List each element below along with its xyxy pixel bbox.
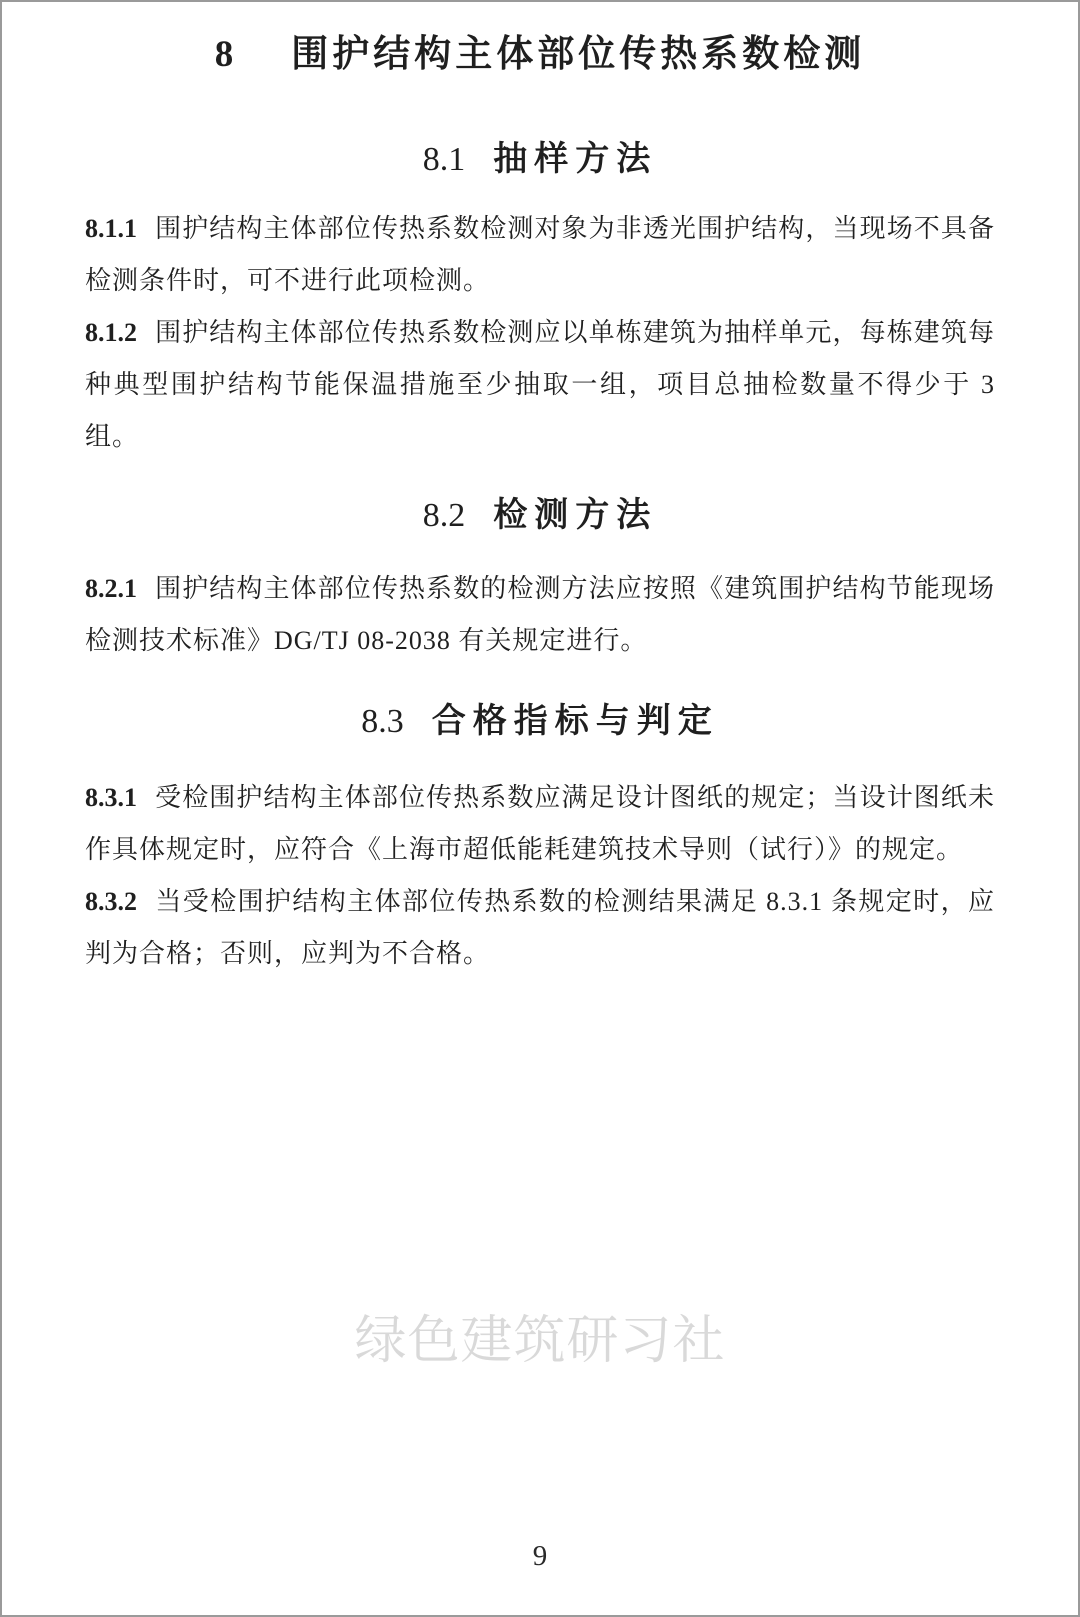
section-heading-8-1: 8.1抽样方法 [85,139,995,180]
document-content: 8围护结构主体部位传热系数检测 8.1抽样方法 8.1.1围护结构主体部位传热系… [2,32,1078,980]
clause-text: 当受检围护结构主体部位传热系数的检测结果满足 8.3.1 条规定时，应判为合格；… [85,887,995,968]
section-body-8-1: 8.1.1围护结构主体部位传热系数检测对象为非透光围护结构，当现场不具备检测条件… [85,203,995,463]
clause-8-3-2: 8.3.2当受检围护结构主体部位传热系数的检测结果满足 8.3.1 条规定时，应… [85,876,995,980]
watermark: 绿色建筑研习社 [2,1298,1078,1373]
section-heading-8-3: 8.3合格指标与判定 [85,701,995,742]
chapter-number: 8 [215,34,234,75]
clause-8-2-1: 8.2.1围护结构主体部位传热系数的检测方法应按照《建筑围护结构节能现场检测技术… [85,563,995,667]
clause-number: 8.3.2 [85,887,137,916]
chapter-title-text: 围护结构主体部位传热系数检测 [291,33,865,74]
section-title: 检测方法 [493,496,657,534]
section-body-8-2: 8.2.1围护结构主体部位传热系数的检测方法应按照《建筑围护结构节能现场检测技术… [85,563,995,667]
chapter-title: 8围护结构主体部位传热系数检测 [85,32,995,77]
clause-8-3-1: 8.3.1受检围护结构主体部位传热系数应满足设计图纸的规定；当设计图纸未作具体规… [85,772,995,876]
section-title: 抽样方法 [493,140,657,178]
clause-8-1-2: 8.1.2围护结构主体部位传热系数检测应以单栋建筑为抽样单元，每栋建筑每种典型围… [85,307,995,463]
clause-text: 围护结构主体部位传热系数的检测方法应按照《建筑围护结构节能现场检测技术标准》DG… [85,574,995,655]
section-heading-8-2: 8.2检测方法 [85,495,995,536]
document-page: 8围护结构主体部位传热系数检测 8.1抽样方法 8.1.1围护结构主体部位传热系… [0,0,1080,1617]
section-title: 合格指标与判定 [432,702,719,740]
clause-number: 8.2.1 [85,574,137,603]
clause-number: 8.1.2 [85,318,137,347]
clause-number: 8.1.1 [85,214,137,243]
section-number: 8.2 [423,497,466,534]
page-number: 9 [2,1540,1078,1573]
section-number: 8.1 [423,141,466,178]
clause-text: 围护结构主体部位传热系数检测应以单栋建筑为抽样单元，每栋建筑每种典型围护结构节能… [85,318,995,451]
clause-8-1-1: 8.1.1围护结构主体部位传热系数检测对象为非透光围护结构，当现场不具备检测条件… [85,203,995,307]
section-number: 8.3 [361,703,404,740]
clause-text: 受检围护结构主体部位传热系数应满足设计图纸的规定；当设计图纸未作具体规定时，应符… [85,783,995,864]
section-body-8-3: 8.3.1受检围护结构主体部位传热系数应满足设计图纸的规定；当设计图纸未作具体规… [85,772,995,980]
clause-number: 8.3.1 [85,783,137,812]
clause-text: 围护结构主体部位传热系数检测对象为非透光围护结构，当现场不具备检测条件时，可不进… [85,214,995,295]
